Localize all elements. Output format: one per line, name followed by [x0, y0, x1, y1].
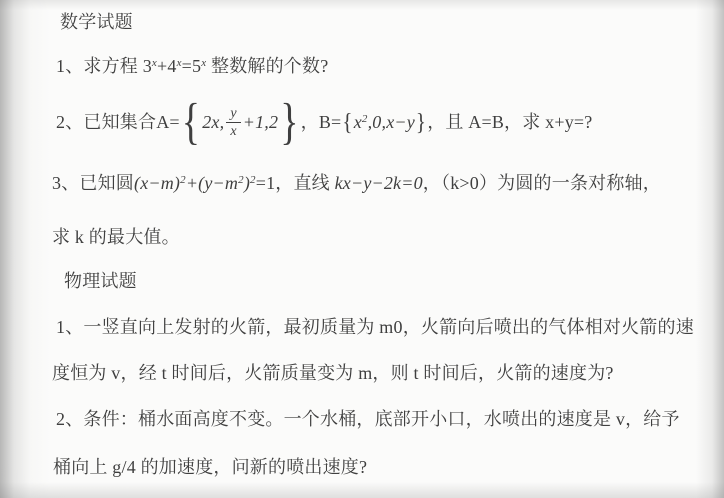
close-brace-small-glyph: }: [416, 107, 426, 137]
math-q2-b-rest: ,0,x−y: [368, 112, 415, 132]
open-brace-small-glyph: {: [342, 107, 352, 137]
math-q3-term2: +(y−m: [186, 173, 238, 193]
physics-question-2-line2: 桶向上 g/4 的加速度，问新的喷出速度?: [53, 454, 367, 480]
math-section-title: 数学试题: [60, 9, 133, 35]
math-q2-b-x: x: [354, 112, 362, 132]
physics-question-1-line1: 1、一竖直向上发射的火箭，最初质量为 m0，火箭向后喷出的气体相对火箭的速: [56, 314, 694, 340]
document-page: 数学试题 1、求方程 3x+4x=5x 整数解的个数? 2、已知集合 A= { …: [0, 0, 724, 498]
math-q2-separator: ，: [301, 109, 319, 135]
math-q3-term1: (x−m): [134, 173, 180, 193]
fraction-y-over-x: y x: [226, 105, 240, 140]
math-q1-tail: 整数解的个数?: [206, 56, 328, 76]
math-q3-term4: =1: [256, 173, 276, 193]
math-q2-a-item1: 2x,: [202, 109, 224, 135]
math-q3-lead: 3、已知圆: [52, 173, 134, 193]
math-question-3: 3、已知圆(x−m)2+(y−m2)2=1，直线 kx−y−2k=0，（k>0）…: [52, 170, 661, 196]
math-q2-a-item2: +1,2: [243, 109, 278, 135]
math-q1-base1: 3: [143, 56, 152, 76]
math-q2-tail: ，且 A=B，求 x+y=?: [427, 109, 592, 135]
math-q3-tail: ，（k>0）为圆的一条对称轴，: [423, 173, 661, 193]
math-question-2: 2、已知集合 A= { 2x, y x +1,2 } ， B= { x2,0,x…: [56, 96, 592, 148]
math-q1-mid2: =5: [182, 56, 202, 76]
fraction-numerator: y: [226, 105, 240, 122]
close-brace-glyph: }: [280, 88, 298, 156]
math-q1-lead: 1、求方程: [56, 56, 143, 76]
math-q2-lead: 2、已知集合: [56, 109, 156, 135]
physics-section-title: 物理试题: [64, 268, 137, 294]
math-q2-b-content: x2,0,x−y: [354, 109, 415, 135]
math-question-1: 1、求方程 3x+4x=5x 整数解的个数?: [56, 53, 328, 79]
math-q3-mid: ，直线: [275, 173, 334, 193]
math-q1-mid1: +4: [157, 56, 177, 76]
physics-question-2-line1: 2、条件：桶水面高度不变。一个水桶，底部开小口，水喷出的速度是 v，给予: [56, 406, 680, 432]
open-brace-glyph: {: [182, 88, 200, 156]
math-q2-b-label: B=: [319, 109, 342, 135]
math-q2-a-label: A=: [156, 109, 180, 135]
math-question-3-line2: 求 k 的最大值。: [52, 224, 180, 250]
physics-question-1-line2: 度恒为 v，经 t 时间后，火箭质量变为 m，则 t 时间后，火箭的速度为?: [52, 360, 614, 386]
math-q3-line-eq: kx−y−2k=0: [335, 173, 423, 193]
fraction-denominator: x: [226, 122, 240, 140]
